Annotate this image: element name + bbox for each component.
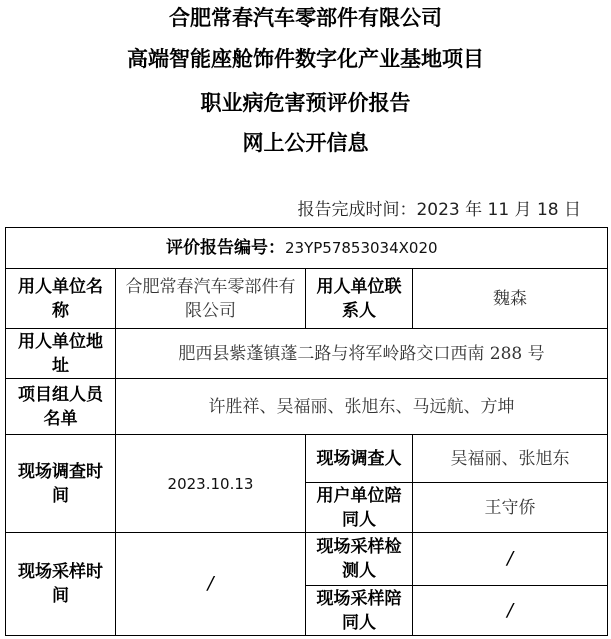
- company-title: 合肥常春汽车零部件有限公司: [0, 6, 611, 30]
- report-number-row: 评价报告编号：23YP57853034X020: [6, 228, 608, 269]
- employer-name-label: 用人单位名称: [6, 269, 116, 329]
- info-table: 评价报告编号：23YP57853034X020 用人单位名称 合肥常春汽车零部件…: [5, 227, 608, 636]
- report-completion-date: 报告完成时间：2023 年 11 月 18 日: [297, 195, 581, 220]
- report-number-label: 评价报告编号：: [166, 238, 285, 258]
- report-number-value: 23YP57853034X020: [285, 239, 438, 257]
- employer-address-label: 用人单位地址: [6, 329, 116, 379]
- sampler-label: 现场采样检测人: [306, 533, 413, 586]
- surveyor-label: 现场调查人: [306, 435, 413, 483]
- sampling-time-value: /: [116, 533, 306, 636]
- sampling-escort-value: /: [413, 586, 608, 636]
- sampling-escort-label: 现场采样陪同人: [306, 586, 413, 636]
- survey-time-value: 2023.10.13: [116, 435, 306, 533]
- escort-label: 用户单位陪同人: [306, 483, 413, 533]
- surveyor-value: 吴福丽、张旭东: [413, 435, 608, 483]
- disclosure-title: 网上公开信息: [0, 131, 611, 155]
- employer-address-value: 肥西县紫蓬镇蓬二路与将军岭路交口西南 288 号: [116, 329, 608, 379]
- survey-time-label: 现场调查时间: [6, 435, 116, 533]
- report-title: 职业病危害预评价报告: [0, 91, 611, 115]
- sampler-value: /: [413, 533, 608, 586]
- team-value: 许胜祥、吴福丽、张旭东、马远航、方坤: [116, 379, 608, 435]
- escort-value: 王守侨: [413, 483, 608, 533]
- employer-contact-label: 用人单位联系人: [306, 269, 413, 329]
- project-title: 高端智能座舱饰件数字化产业基地项目: [0, 47, 611, 71]
- sampling-time-label: 现场采样时间: [6, 533, 116, 636]
- employer-name-value: 合肥常春汽车零部件有限公司: [116, 269, 306, 329]
- employer-contact-value: 魏森: [413, 269, 608, 329]
- team-label: 项目组人员名单: [6, 379, 116, 435]
